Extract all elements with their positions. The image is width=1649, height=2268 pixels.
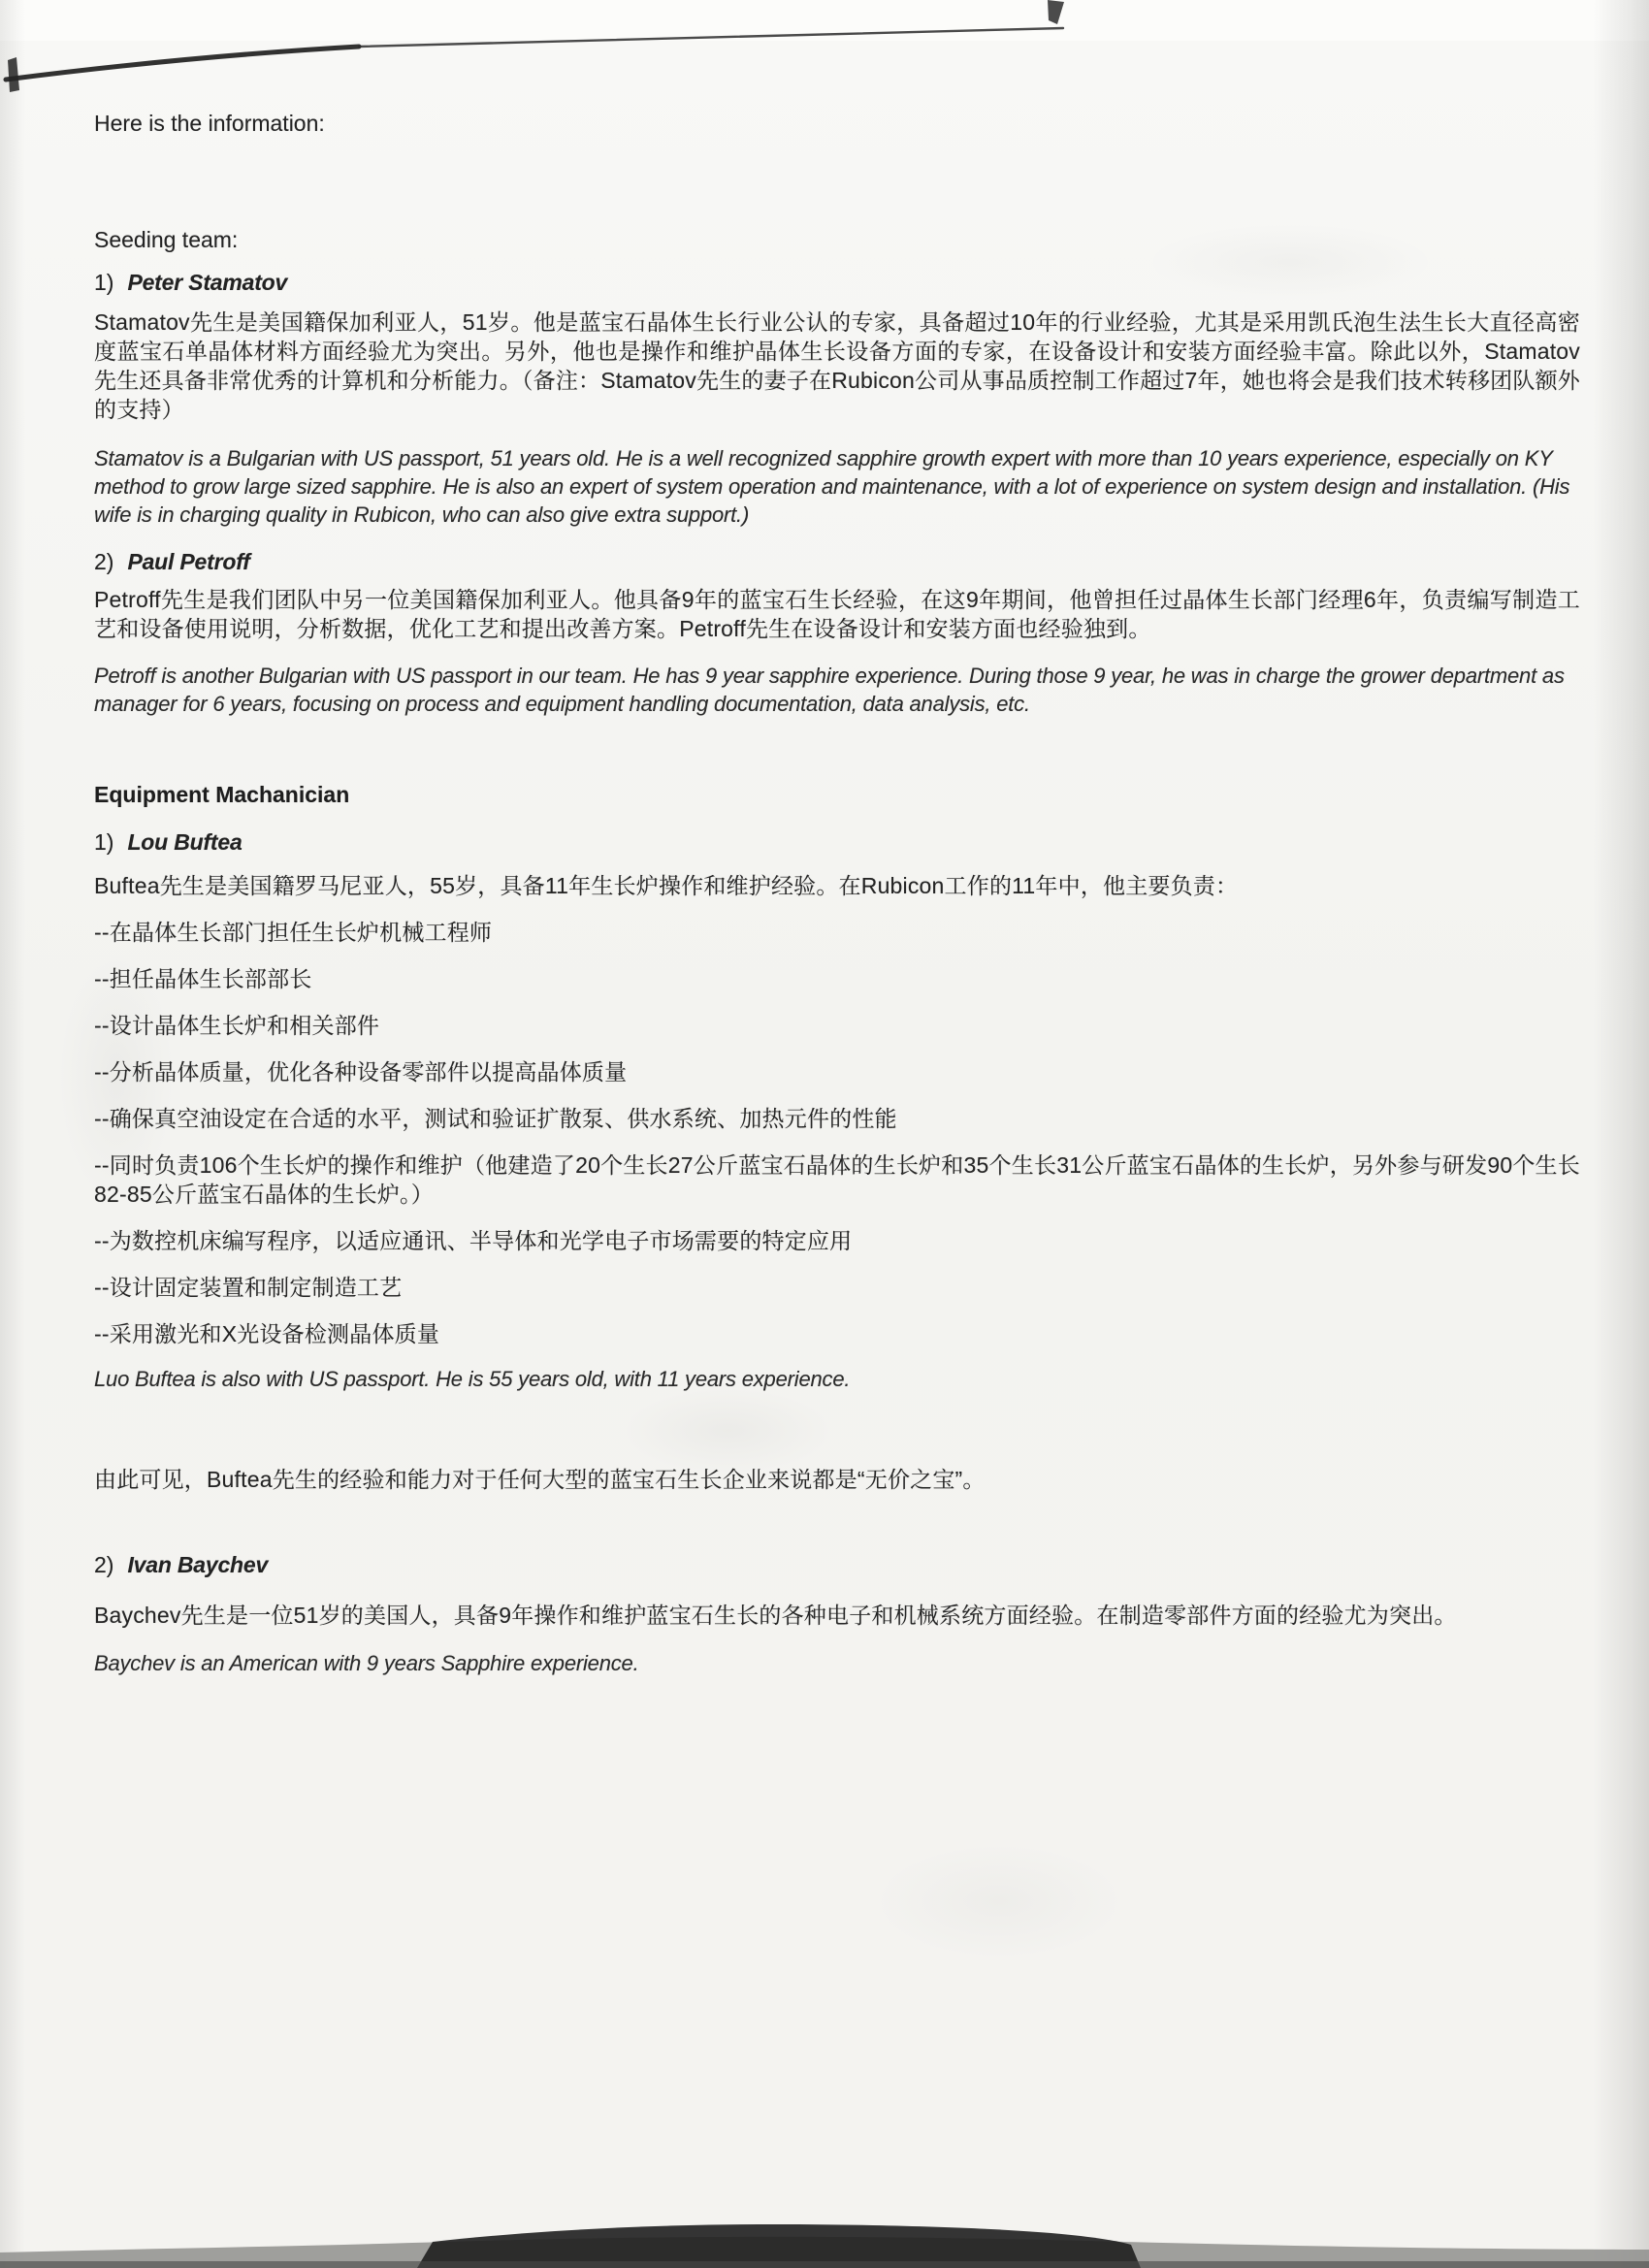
crease-line-thick	[6, 47, 359, 80]
intro-line: Here is the information:	[94, 110, 1580, 137]
duty-item: --在晶体生长部门担任生长炉机械工程师	[94, 918, 1580, 947]
duty-item: --确保真空油设定在合适的水平，测试和验证扩散泵、供水系统、加热元件的性能	[94, 1104, 1580, 1133]
equipment-machanician-heading: Equipment Machanician	[94, 781, 1580, 808]
member-number: 1)	[94, 270, 113, 295]
scan-top-light-band	[0, 0, 1649, 41]
member-name: Lou Buftea	[127, 829, 242, 855]
scan-smudge	[873, 1843, 1125, 1960]
buftea-zh-remark: 由此可见，Buftea先生的经验和能力对于任何大型的蓝宝石生长企业来说都是“无价…	[94, 1465, 1580, 1494]
member-title-petroff: 2)Paul Petroff	[94, 548, 1580, 575]
member-title-buftea: 1)Lou Buftea	[94, 828, 1580, 856]
baychev-en-paragraph: Baychev is an American with 9 years Sapp…	[94, 1649, 1580, 1677]
buftea-zh-intro: Buftea先生是美国籍罗马尼亚人，55岁，具备11年生长炉操作和维护经验。在R…	[94, 871, 1580, 900]
bottom-edge-line	[0, 2261, 1649, 2268]
petroff-en-paragraph: Petroff is another Bulgarian with US pas…	[94, 662, 1580, 718]
seeding-team-heading: Seeding team:	[94, 226, 1580, 253]
member-title-baychev: 2)Ivan Baychev	[94, 1551, 1580, 1578]
duty-item: --分析晶体质量，优化各种设备零部件以提高晶体质量	[94, 1057, 1580, 1086]
member-title-stamatov: 1)Peter Stamatov	[94, 269, 1580, 296]
stamatov-en-paragraph: Stamatov is a Bulgarian with US passport…	[94, 444, 1580, 529]
buftea-duties-list: --在晶体生长部门担任生长炉机械工程师 --担任晶体生长部部长 --设计晶体生长…	[94, 918, 1580, 1348]
duty-item: --采用激光和X光设备检测晶体质量	[94, 1319, 1580, 1348]
duty-item: --同时负责106个生长炉的操作和维护（他建造了20个生长27公斤蓝宝石晶体的生…	[94, 1150, 1580, 1209]
member-number: 2)	[94, 549, 113, 574]
scan-right-edge-shadow	[1593, 0, 1649, 2268]
duty-item: --为数控机床编写程序，以适应通讯、半导体和光学电子市场需要的特定应用	[94, 1226, 1580, 1255]
member-name: Ivan Baychev	[127, 1552, 268, 1577]
baychev-zh-paragraph: Baychev先生是一位51岁的美国人，具备9年操作和维护蓝宝石生长的各种电子和…	[94, 1601, 1580, 1630]
duty-item: --担任晶体生长部部长	[94, 964, 1580, 993]
petroff-zh-paragraph: Petroff先生是我们团队中另一位美国籍保加利亚人。他具备9年的蓝宝石生长经验…	[94, 585, 1580, 643]
bottom-edge-shadow	[0, 2237, 1649, 2268]
member-number: 1)	[94, 829, 113, 855]
buftea-en-paragraph: Luo Buftea is also with US passport. He …	[94, 1365, 1580, 1393]
member-name: Paul Petroff	[127, 549, 249, 574]
document-content: Here is the information: Seeding team: 1…	[94, 110, 1580, 1677]
duty-item: --设计固定装置和制定制造工艺	[94, 1273, 1580, 1302]
stamatov-zh-paragraph: Stamatov先生是美国籍保加利亚人，51岁。他是蓝宝石晶体生长行业公认的专家…	[94, 308, 1580, 424]
member-name: Peter Stamatov	[127, 270, 287, 295]
duty-item: --设计晶体生长炉和相关部件	[94, 1011, 1580, 1040]
member-number: 2)	[94, 1552, 113, 1577]
scan-left-edge-shadow	[0, 0, 25, 2268]
bottom-edge-dark-blob	[417, 2224, 1141, 2268]
scanned-document-page: Here is the information: Seeding team: 1…	[0, 0, 1649, 2268]
